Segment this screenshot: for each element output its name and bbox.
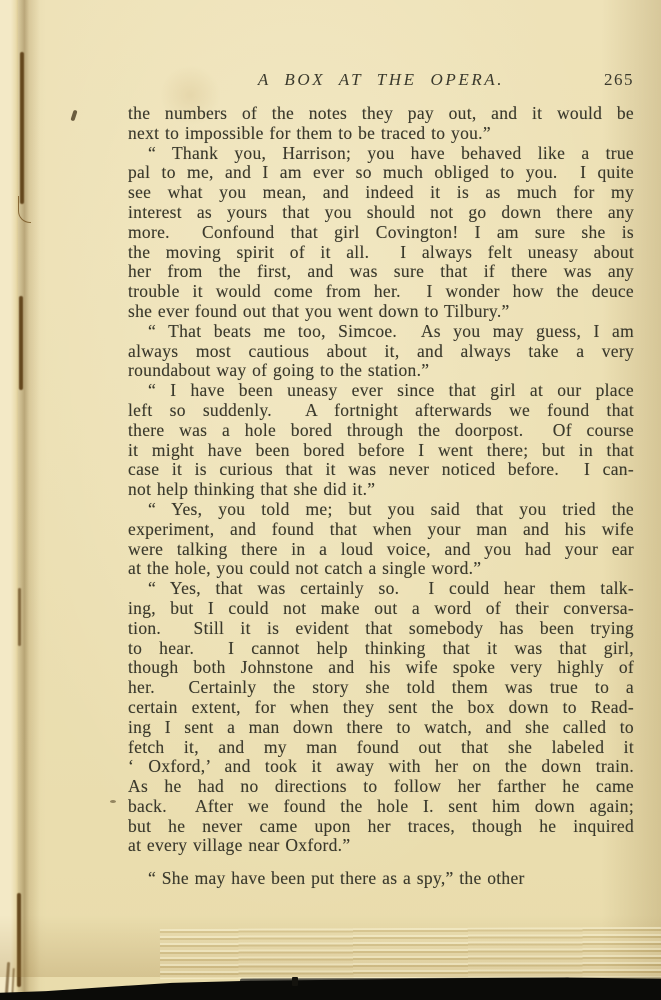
text-line: “ That beats me too, Simcoe. As you may … [128, 322, 634, 342]
book-photo: A BOX AT THE OPERA. 265 the numbers of t… [0, 0, 661, 1000]
text-line: ing I sent a man down there to watch, an… [128, 718, 634, 738]
text-line: the numbers of the notes they pay out, a… [128, 104, 634, 124]
text-line: at the hole, you could not catch a singl… [128, 559, 634, 579]
page-edge-lines [160, 927, 661, 979]
text-line: experiment, and found that when your man… [128, 520, 634, 540]
paragraph: “ Yes, you told me; but you said that yo… [128, 500, 634, 579]
text-line: left so suddenly. A fortnight afterwards… [128, 401, 634, 421]
page-text: the numbers of the notes they pay out, a… [128, 104, 634, 889]
text-line: pal to me, and I am ever so much obliged… [128, 163, 634, 183]
text-line: “ Yes, you told me; but you said that yo… [128, 500, 634, 520]
text-line: it might have been bored before I went t… [128, 441, 634, 461]
text-line: were talking there in a loud voice, and … [128, 540, 634, 560]
text-line: fetch it, and my man found out that she … [128, 738, 634, 758]
text-line: back. After we found the hole I. sent hi… [128, 797, 634, 817]
text-line: see what you mean, and indeed it is as m… [128, 183, 634, 203]
text-line: always most cautious about it, and alway… [128, 342, 634, 362]
text-line: tion. Still it is evident that somebody … [128, 619, 634, 639]
text-line: ing, but I could not make out a word of … [128, 599, 634, 619]
text-line: her. Certainly the story she told them w… [128, 678, 634, 698]
text-line: next to impossible for them to be traced… [128, 124, 634, 144]
text-line: her from the first, and was sure that if… [128, 262, 634, 282]
page-number: 265 [604, 70, 634, 90]
paragraph: “ She may have been put there as a spy,”… [128, 869, 634, 889]
text-line: there was a hole bored through the doorp… [128, 421, 634, 441]
text-line: “ She may have been put there as a spy,”… [128, 869, 634, 889]
book-board-notch [292, 977, 298, 986]
ink-speck [70, 110, 77, 122]
text-line: to hear. I cannot help thinking that it … [128, 639, 634, 659]
page-header: A BOX AT THE OPERA. 265 [128, 70, 634, 92]
text-line: certain extent, for when they sent the b… [128, 698, 634, 718]
gutter-stain-mark [19, 296, 23, 390]
text-line: the moving spirit of it all. I always fe… [128, 243, 634, 263]
text-line: not help thinking that she did it.” [128, 480, 634, 500]
paragraph: “ I have been uneasy ever since that gir… [128, 381, 634, 500]
text-line: more. Confound that girl Covington! I am… [128, 223, 634, 243]
paragraph: “ Yes, that was certainly so. I could he… [128, 579, 634, 856]
gutter-stain-mark [20, 52, 24, 204]
text-line: “ Yes, that was certainly so. I could he… [128, 579, 634, 599]
paragraph: “ That beats me too, Simcoe. As you may … [128, 322, 634, 381]
text-line: but he never came upon her traces, thoug… [128, 817, 634, 837]
text-line: “ Thank you, Harrison; you have behaved … [128, 144, 634, 164]
text-line: “ I have been uneasy ever since that gir… [128, 381, 634, 401]
text-line: she ever found out that you went down to… [128, 302, 634, 322]
text-line: at every village near Oxford.” [128, 836, 634, 856]
gutter-stain-mark [18, 588, 21, 646]
text-line: interest as yours that you should not go… [128, 203, 634, 223]
paragraph: “ Thank you, Harrison; you have behaved … [128, 144, 634, 322]
text-line: roundabout way of going to the station.” [128, 361, 634, 381]
running-title: A BOX AT THE OPERA. [128, 70, 634, 90]
text-line: ‘ Oxford,’ and took it away with her on … [128, 757, 634, 777]
text-line: trouble it would come from her. I wonder… [128, 282, 634, 302]
text-line: As he had no directions to follow her fa… [128, 777, 634, 797]
text-line: though both Johnstone and his wife spoke… [128, 658, 634, 678]
paragraph: the numbers of the notes they pay out, a… [128, 104, 634, 144]
ink-speck [110, 800, 116, 803]
text-line: case it is curious that it was never not… [128, 460, 634, 480]
